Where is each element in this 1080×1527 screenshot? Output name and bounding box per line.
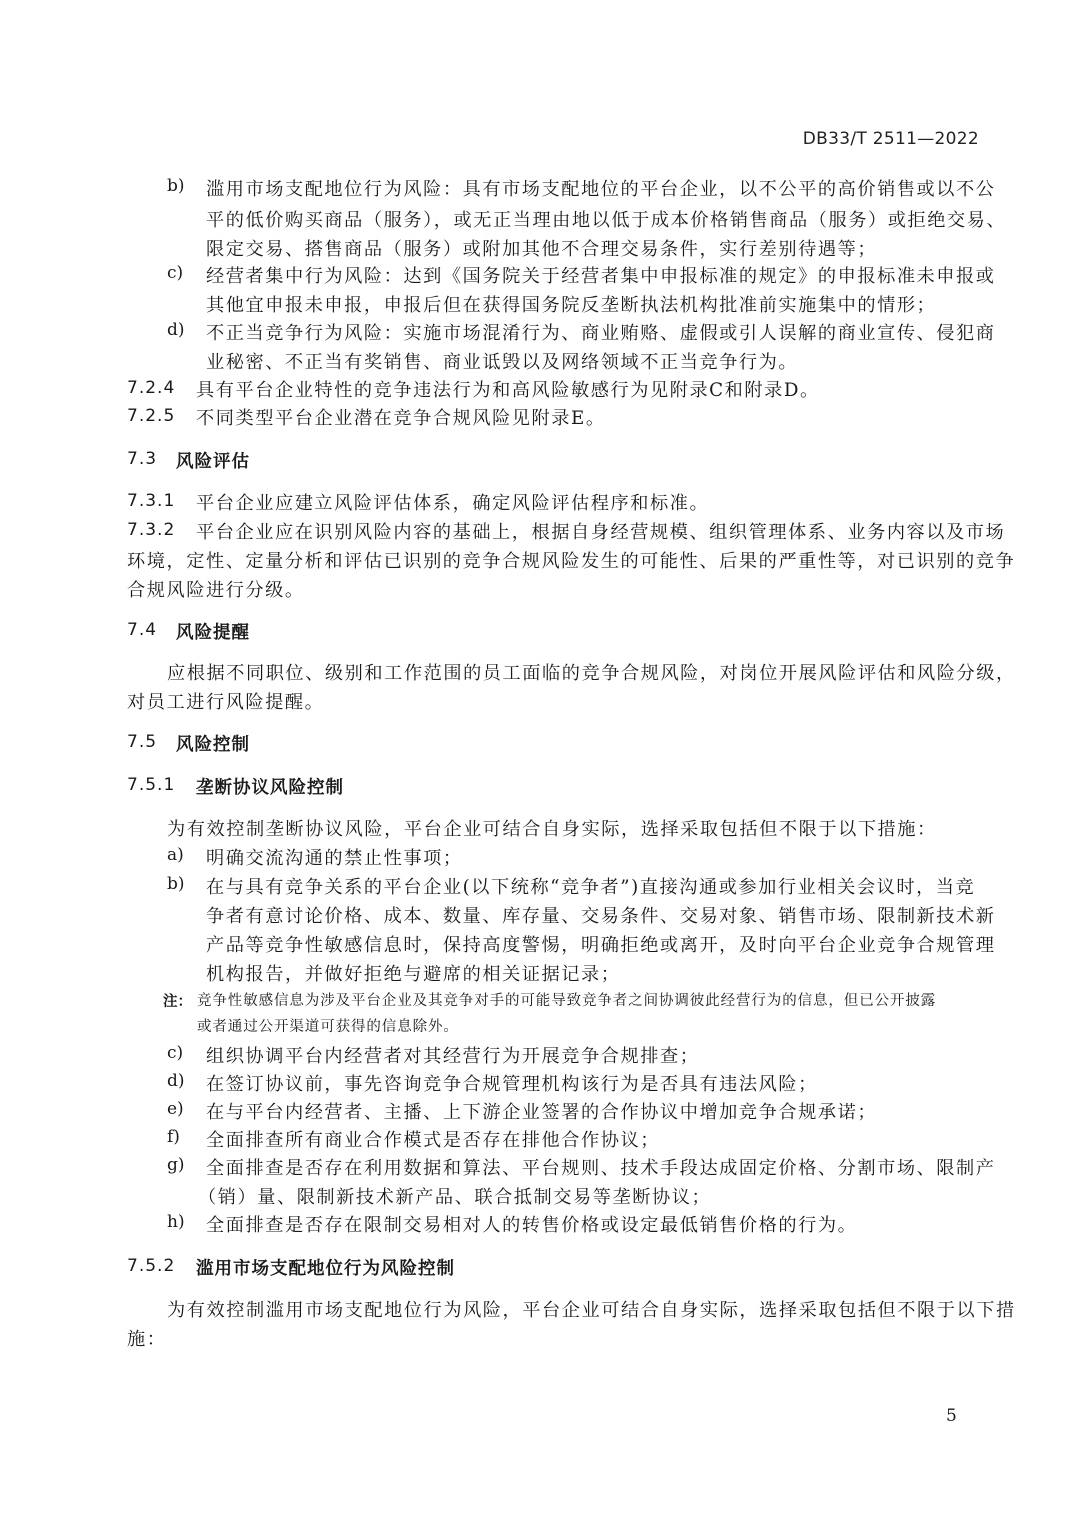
item-line: 全面排查所有商业合作模式是否存在排他合作协议；: [206, 1126, 660, 1152]
item-line: 经营者集中行为风险：达到《国务院关于经营者集中申报标准的规定》的申报标准未申报或: [206, 262, 996, 288]
item-line: 限定交易、搭售商品（服务）或附加其他不合理交易条件，实行差别待遇等；: [206, 235, 877, 261]
item-line: 在与平台内经营者、主播、上下游企业签署的合作协议中增加竞争合规承诺；: [206, 1098, 877, 1124]
clause-text: 平台企业应建立风险评估体系，确定风险评估程序和标准。: [196, 489, 709, 515]
item-line: 其他宜申报未申报，申报后但在获得国务院反垄断执法机构批准前实施集中的情形；: [206, 291, 936, 317]
paragraph-line: 为有效控制滥用市场支配地位行为风险，平台企业可结合自身实际，选择采取包括但不限于…: [167, 1296, 1016, 1322]
heading-title: 风险评估: [176, 448, 250, 473]
item-line: 产品等竞争性敏感信息时，保持高度警惕，明确拒绝或离开，及时向平台企业竞争合规管理: [206, 931, 996, 957]
paragraph-line: 应根据不同职位、级别和工作范围的员工面临的竞争合规风险，对岗位开展风险评估和风险…: [167, 659, 1016, 685]
clause-number: 7.3.1: [127, 491, 175, 511]
item-label: h): [167, 1212, 185, 1232]
item-label: a): [167, 845, 184, 865]
heading-number: 7.5: [127, 732, 157, 752]
item-label: c): [167, 1043, 183, 1063]
clause-text: 不同类型平台企业潜在竞争合规风险见附录E。: [196, 404, 606, 430]
clause-line: 平台企业应在识别风险内容的基础上，根据自身经营规模、组织管理体系、业务内容以及市…: [196, 518, 1005, 544]
heading-number: 7.5.1: [127, 775, 175, 795]
clause-line: 环境，定性、定量分析和评估已识别的竞争合规风险发生的可能性、后果的严重性等，对已…: [127, 547, 1015, 573]
item-label: b): [167, 176, 185, 196]
paragraph-line: 对员工进行风险提醒。: [127, 688, 324, 714]
clause-text: 具有平台企业特性的竞争违法行为和高风险敏感行为见附录C和附录D。: [196, 376, 820, 402]
item-line: 在与具有竞争关系的平台企业(以下统称“竞争者”)直接沟通或参加行业相关会议时，当…: [206, 873, 975, 899]
section-7-5-1-intro: 为有效控制垄断协议风险，平台企业可结合自身实际，选择采取包括但不限于以下措施：: [167, 815, 937, 841]
heading-title: 垄断协议风险控制: [196, 774, 344, 799]
item-line: 不正当竞争行为风险：实施市场混淆行为、商业贿赂、虚假或引人误解的商业宣传、侵犯商: [206, 319, 996, 345]
item-line: 滥用市场支配地位行为风险：具有市场支配地位的平台企业，以不公平的高价销售或以不公: [206, 175, 996, 201]
item-line: 机构报告，并做好拒绝与避席的相关证据记录；: [206, 960, 621, 986]
item-line: 组织协调平台内经营者对其经营行为开展竞争合规排查；: [206, 1042, 699, 1068]
item-label: c): [167, 263, 183, 283]
heading-number: 7.3: [127, 449, 157, 469]
item-line: 全面排查是否存在限制交易相对人的转售价格或设定最低销售价格的行为。: [206, 1211, 857, 1237]
paragraph-line: 施：: [127, 1325, 166, 1351]
note-line: 竞争性敏感信息为涉及平台企业及其竞争对手的可能导致竞争者之间协调彼此经营行为的信…: [197, 989, 936, 1010]
standard-code-header: DB33/T 2511—2022: [803, 129, 979, 149]
heading-number: 7.4: [127, 620, 157, 640]
clause-number: 7.3.2: [127, 520, 175, 540]
item-line: 在签订协议前，事先咨询竞争合规管理机构该行为是否具有违法风险；: [206, 1070, 818, 1096]
item-label: b): [167, 874, 185, 894]
clause-line: 合规风险进行分级。: [127, 576, 305, 602]
item-line: （销）量、限制新技术新产品、联合抵制交易等垄断协议；: [198, 1183, 711, 1209]
item-line: 争者有意讨论价格、成本、数量、库存量、交易条件、交易对象、销售市场、限制新技术新: [206, 902, 996, 928]
note-line: 或者通过公开渠道可获得的信息除外。: [197, 1015, 459, 1036]
item-label: g): [167, 1155, 185, 1175]
item-line: 平的低价购买商品（服务），或无正当理由地以低于成本价格销售商品（服务）或拒绝交易…: [206, 206, 1006, 232]
note-label: 注：: [163, 990, 192, 1011]
clause-number: 7.2.4: [127, 378, 175, 398]
heading-title: 风险控制: [176, 731, 250, 756]
item-line: 全面排查是否存在利用数据和算法、平台规则、技术手段达成固定价格、分割市场、限制产: [206, 1154, 996, 1180]
clause-number: 7.2.5: [127, 406, 175, 426]
item-label: f): [167, 1127, 180, 1147]
item-line: 业秘密、不正当有奖销售、商业诋毁以及网络领域不正当竞争行为。: [206, 348, 798, 374]
heading-title: 风险提醒: [176, 619, 250, 644]
heading-number: 7.5.2: [127, 1256, 175, 1276]
item-label: d): [167, 1071, 185, 1091]
item-line: 明确交流沟通的禁止性事项；: [206, 844, 463, 870]
heading-title: 滥用市场支配地位行为风险控制: [196, 1255, 455, 1280]
page-number: 5: [946, 1406, 957, 1426]
item-label: d): [167, 320, 185, 340]
item-label: e): [167, 1099, 184, 1119]
